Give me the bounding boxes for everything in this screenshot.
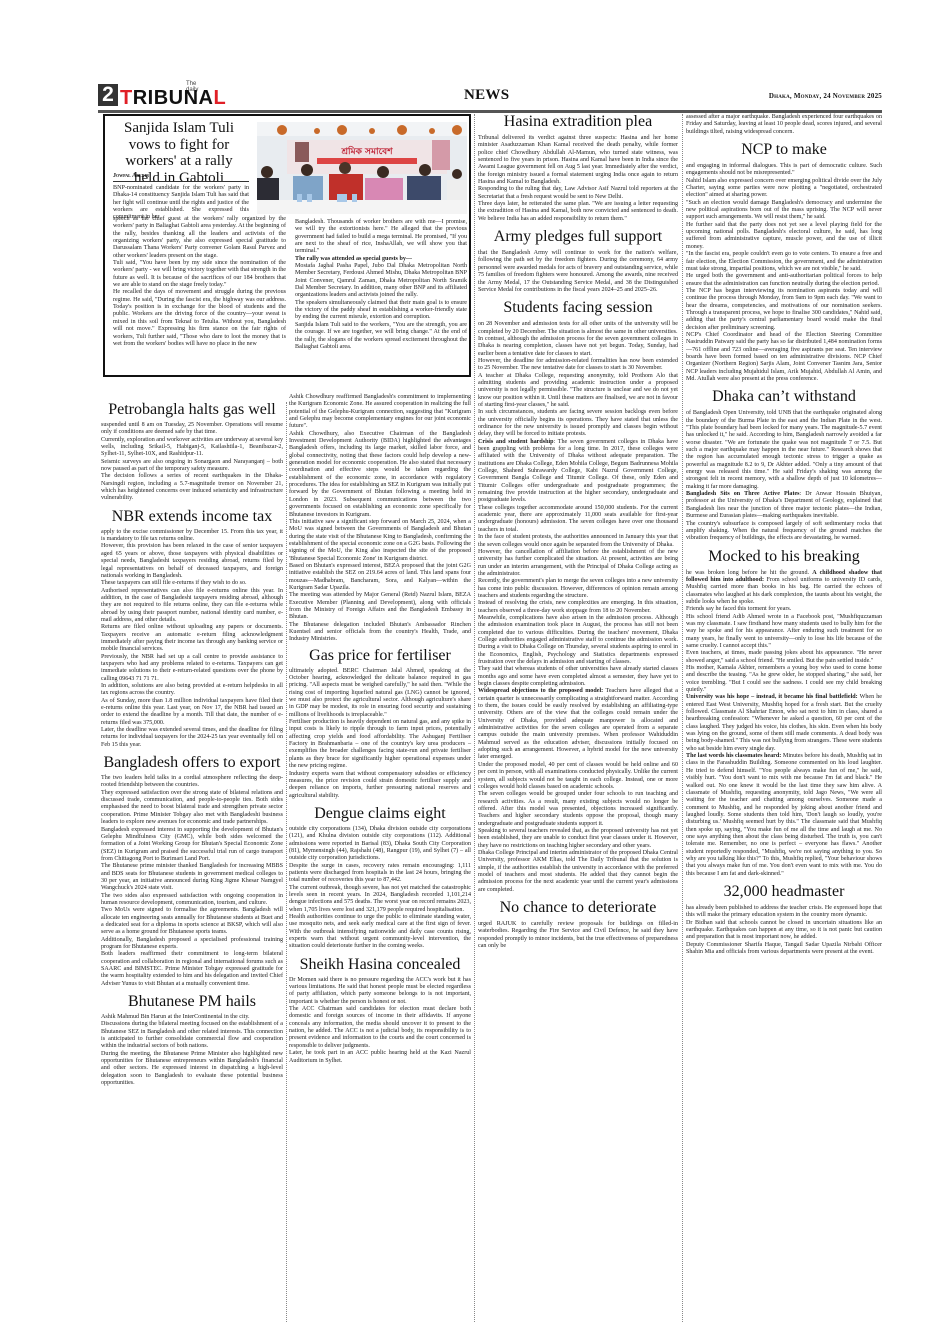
paragraph: Discussions during the bilateral meeting… — [101, 1021, 283, 1050]
article-body: has already been published to address th… — [686, 905, 882, 956]
paragraph: Recently, the government's plan to merge… — [478, 578, 678, 600]
paragraph: The current outbreak, though severe, has… — [289, 885, 471, 914]
paragraph: "In the fascist era, people couldn't eve… — [686, 251, 882, 273]
article-body: ultimately adopted. BERC Chairman Jalal … — [289, 668, 471, 800]
article-body: Ashik Mahmud Bin Harun at the InterConti… — [101, 1014, 283, 1087]
paragraph: Currently, exploration and workover acti… — [101, 437, 283, 459]
masthead: 2 The daily TRIBUNAL NEWS Dhaka, Monday,… — [98, 82, 882, 110]
paragraph: They said that whereas students of other… — [478, 666, 678, 688]
article-body: that the Bangladesh Army will continue t… — [478, 250, 678, 294]
headline: Army pledges full support — [478, 229, 678, 245]
headline: Students facing session — [478, 300, 678, 316]
paragraph: assessed after a major earthquake. Bangl… — [686, 114, 882, 136]
paragraph: Health authorities continue to urge the … — [289, 914, 471, 951]
paragraph: Dhaka College Principal and interim admi… — [478, 850, 678, 894]
column-divider — [474, 114, 475, 1322]
paragraph: The NCP has begun interviewing its nomin… — [686, 288, 882, 332]
headline: Bhutanese PM hails — [101, 994, 283, 1010]
article-students: Students facing session on 28 November a… — [478, 300, 678, 894]
article-body: Dr Momen said there is no pressure regar… — [289, 977, 471, 1065]
logo-wordmark: TRIBUNAL — [120, 88, 226, 108]
paragraph: Dr Bidhan said that schools cannot be cl… — [686, 920, 882, 942]
paragraph: that the Bangladesh Army will continue t… — [478, 250, 678, 294]
article-gas-price: Gas price for fertiliser ultimately adop… — [289, 648, 471, 800]
headline: Petrobangla halts gas well — [101, 402, 283, 418]
paragraph: Both leaders reaffirmed their commitment… — [101, 951, 283, 988]
paragraph: The decision follows a series of recent … — [101, 473, 283, 502]
headline: No chance to deteriorate — [478, 900, 678, 916]
paragraph: Tribunal delivered its verdict against t… — [478, 135, 678, 186]
paragraph: Industry experts warn that without compe… — [289, 771, 471, 800]
paragraph: Ashik Chowdhury, also Executive Chairman… — [289, 431, 471, 519]
article-dhaka-withstand: Dhaka can’t withstand of Bangladesh Open… — [686, 389, 882, 542]
paragraph: ultimately adopted. BERC Chairman Jalal … — [289, 668, 471, 719]
paragraph: Even teachers, at times, made passing jo… — [686, 650, 882, 665]
paragraph: Widespread objections to the proposed mo… — [478, 688, 678, 761]
paragraph: They expressed satisfaction over the str… — [101, 790, 283, 827]
paragraph: He further said that the party does not … — [686, 222, 882, 251]
headline: NBR extends income tax — [101, 509, 283, 525]
article-export: Bangladesh offers to export The two lead… — [101, 755, 283, 988]
paragraph: In contrast, although the admission proc… — [478, 336, 678, 358]
paragraph: Authorised representatives can also file… — [101, 588, 283, 625]
paragraph: His school friend Adib Ahmed wrote in a … — [686, 614, 882, 651]
paragraph: NCP's Chief Coordinator and head of the … — [686, 332, 882, 383]
headline: Bangladesh offers to export — [101, 755, 283, 771]
column-divider — [682, 114, 683, 1322]
paragraph: The country's subsurface is composed lar… — [686, 521, 882, 543]
paragraph: Three days later, he reiterated the same… — [478, 201, 678, 223]
paragraph: Based on Bhutan's expressed interest, BE… — [289, 563, 471, 592]
article-body: assessed after a major earthquake. Bangl… — [686, 114, 882, 136]
paragraph: he was broken long before he hit the gro… — [686, 570, 882, 607]
masthead-rule — [98, 110, 882, 113]
section-label: NEWS — [464, 87, 509, 104]
paragraph: In such circumstances, students are faci… — [478, 409, 678, 438]
article-body: on 28 November and admission tests for a… — [478, 321, 678, 894]
article-body: Ashik Chowdhury reaffirmed Bangladesh's … — [289, 394, 471, 644]
paragraph: The Bhutanese prime minister thanked Ban… — [101, 863, 283, 892]
lead-text-col2: Bangladesh. Thousands of worker brothers… — [295, 219, 467, 351]
svg-text:শ্রমিক সমাবেশ: শ্রমিক সমাবেশ — [340, 145, 393, 157]
page-number: 2 — [98, 84, 118, 106]
paragraph: suspended until 8 am on Tuesday, 25 Nove… — [101, 422, 283, 437]
paragraph: has already been published to address th… — [686, 905, 882, 920]
article-mocked: Mocked to his breaking he was broken lon… — [686, 549, 882, 878]
paragraph: However, this provision has been relaxed… — [101, 543, 283, 580]
paragraph: The two leaders held talks in a cordial … — [101, 775, 283, 790]
paragraph: The meeting was attended by Major Genera… — [289, 592, 471, 621]
newspaper-page: 2 The daily TRIBUNAL NEWS Dhaka, Monday,… — [98, 82, 882, 110]
article-body: he was broken long before he hit the gro… — [686, 570, 882, 878]
paragraph: However, the cancellation of affiliation… — [478, 549, 678, 578]
paragraph: Later, he took part in an ACC public hea… — [289, 1050, 471, 1065]
paragraph: University was his hope – instead, it be… — [686, 694, 882, 753]
article-body: suspended until 8 am on Tuesday, 25 Nove… — [101, 422, 283, 503]
byline: Jowpal Abedin — [113, 173, 249, 182]
headline: Dhaka can’t withstand — [686, 389, 882, 405]
paragraph: As of Sunday, more than 1.8 million indi… — [101, 698, 283, 727]
paragraph: Later, the deadline was extended several… — [101, 727, 283, 749]
paragraph: Seismic surveys are also ongoing in Sona… — [101, 459, 283, 474]
paragraph: In addition, solutions are also being pr… — [101, 683, 283, 698]
article-bhutanese: Bhutanese PM hails Ashik Mahmud Bin Haru… — [101, 994, 283, 1087]
article-army: Army pledges full support that the Bangl… — [478, 229, 678, 294]
paragraph: Responding to the ruling that day, Law A… — [478, 186, 678, 201]
rally-photo: শ্রমিক সমাবেশ — [257, 122, 467, 214]
paragraph: These taxpayers can still file e-returns… — [101, 580, 283, 587]
column-2: Ashik Chowdhury reaffirmed Bangladesh's … — [289, 394, 471, 1065]
paragraph: Despite the surge in cases, recovery rat… — [289, 863, 471, 885]
paragraph: The seven colleges would be grouped unde… — [478, 791, 678, 828]
paragraph: Ashik Chowdhury reaffirmed Bangladesh's … — [289, 394, 471, 431]
column-divider — [286, 402, 287, 1322]
paragraph: Friends say he faced this torment for ye… — [686, 606, 882, 613]
paragraph: Bangladesh Sits on Three Active Plates: … — [686, 491, 882, 520]
headline: Sheikh Hasina concealed — [289, 957, 471, 973]
lead-article-box: Sanjida Islam Tuli vows to fight for wor… — [103, 114, 471, 377]
paragraph: A teacher at Dhaka College, requesting a… — [478, 373, 678, 410]
paragraph: Instead of resolving the crisis, new com… — [478, 600, 678, 615]
photo-illustration-icon: শ্রমিক সমাবেশ — [257, 122, 467, 214]
headline: Gas price for fertiliser — [289, 648, 471, 664]
column-3: Hasina extradition plea Tribunal deliver… — [478, 114, 678, 950]
paragraph: The Bhutanese delegation included Bhutan… — [289, 622, 471, 644]
paragraph: Nahid Islam also expressed concern over … — [686, 178, 882, 200]
article-headmaster: 32,000 headmaster has already been publi… — [686, 884, 882, 956]
paragraph: This initiative saw a significant step f… — [289, 519, 471, 563]
article-quake-intro: assessed after a major earthquake. Bangl… — [686, 114, 882, 136]
paragraph: Meanwhile, complications have also arise… — [478, 615, 678, 666]
article-body: outside city corporations (134), Dhaka d… — [289, 826, 471, 951]
paragraph: Under the proposed model, 40 per cent of… — [478, 762, 678, 791]
article-hasina-extradition: Hasina extradition plea Tribunal deliver… — [478, 114, 678, 223]
article-body: The two leaders held talks in a cordial … — [101, 775, 283, 988]
dateline: Dhaka, Monday, 24 November 2025 — [769, 92, 882, 100]
paragraph: Crisis and student hardship: The seven g… — [478, 439, 678, 505]
paragraph: of Bangladesh Open University, told UNB … — [686, 410, 882, 491]
paragraph: urged RAJUK to carefully review proposal… — [478, 921, 678, 950]
paragraph: The last words his classmates heard: Min… — [686, 753, 882, 878]
article-dengue: Dengue claims eight outside city corpora… — [289, 806, 471, 951]
paragraph: However, the deadline for admission-rela… — [478, 358, 678, 373]
headline: Mocked to his breaking — [686, 549, 882, 565]
article-body: and engaging in informal dialogues. This… — [686, 163, 882, 383]
paragraph: He urged both the government and anti-au… — [686, 273, 882, 288]
paragraph: In the face of student protests, the aut… — [478, 534, 678, 549]
paragraph: During the meeting, the Bhutanese Prime … — [101, 1051, 283, 1088]
article-nbr: NBR extends income tax apply to the exci… — [101, 509, 283, 749]
paragraph: outside city corporations (134), Dhaka d… — [289, 826, 471, 863]
article-body: apply to the excise commissioner by Dece… — [101, 529, 283, 749]
paragraph: on 28 November and admission tests for a… — [478, 321, 678, 336]
paragraph: Two MoUs were signed to formalise the ag… — [101, 907, 283, 936]
paragraph: and engaging in informal dialogues. This… — [686, 163, 882, 178]
paragraph: The two sides also expressed satisfactio… — [101, 893, 283, 908]
article-sheikh-hasina: Sheikh Hasina concealed Dr Momen said th… — [289, 957, 471, 1065]
article-body: urged RAJUK to carefully review proposal… — [478, 921, 678, 950]
article-body: Tribunal delivered its verdict against t… — [478, 135, 678, 223]
paragraph: apply to the excise commissioner by Dece… — [101, 529, 283, 544]
headline: Hasina extradition plea — [478, 114, 678, 130]
paragraph: Fertiliser production is heavily depende… — [289, 719, 471, 770]
article-body: of Bangladesh Open University, told UNB … — [686, 410, 882, 542]
lead-text-col1b: speech as the chief guest at the workers… — [113, 216, 286, 348]
article-petrobangla: Petrobangla halts gas well suspended unt… — [101, 402, 283, 503]
paragraph: Bangladesh expressed interest in support… — [101, 827, 283, 864]
paragraph: "Such an election would damage Banglades… — [686, 200, 882, 222]
article-ncp: NCP to make and engaging in informal dia… — [686, 142, 882, 383]
paragraph: These colleges together accommodate arou… — [478, 505, 678, 534]
paragraph: His mother, Kamala Akhter, remembers a y… — [686, 665, 882, 694]
paragraph: Deputy Commissioner Sharifa Haque, Tanga… — [686, 942, 882, 957]
article-kurigram: Ashik Chowdhury reaffirmed Bangladesh's … — [289, 394, 471, 644]
paragraph: Additionally, Bangladesh proposed a spec… — [101, 937, 283, 952]
headline: 32,000 headmaster — [686, 884, 882, 900]
headline: Dengue claims eight — [289, 806, 471, 822]
column-4: assessed after a major earthquake. Bangl… — [686, 114, 882, 956]
paragraph: Dr Momen said there is no pressure regar… — [289, 977, 471, 1006]
column-1: Petrobangla halts gas well suspended unt… — [101, 402, 283, 1088]
headline: NCP to make — [686, 142, 882, 158]
paragraph: Speaking to several teachers revealed th… — [478, 828, 678, 850]
paragraph: The ACC Chairman said candidates for ele… — [289, 1006, 471, 1050]
article-deteriorate: No chance to deteriorate urged RAJUK to … — [478, 900, 678, 950]
paragraph: Returns are filed online without uploadi… — [101, 624, 283, 653]
paragraph: Previously, the NBR had set up a call ce… — [101, 654, 283, 683]
